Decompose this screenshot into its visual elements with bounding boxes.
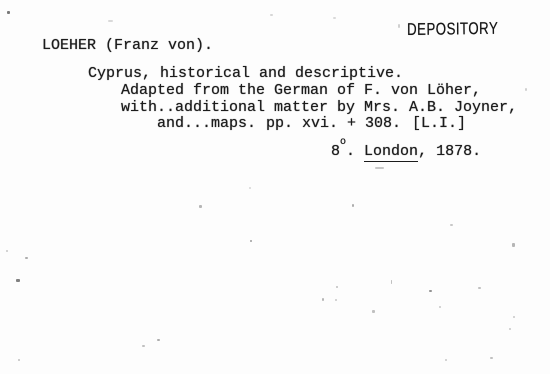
imprint-line: 8o. London, 1878. xyxy=(331,143,481,159)
scan-speck xyxy=(478,287,481,289)
imprint-separator: . xyxy=(346,143,364,160)
scan-speck xyxy=(335,299,337,301)
imprint-place: London xyxy=(364,143,418,162)
scan-speck xyxy=(450,224,453,226)
scan-speck xyxy=(525,88,527,91)
collation-maps: and...maps. xyxy=(157,116,256,131)
scan-speck xyxy=(270,14,273,16)
scan-speck xyxy=(512,243,515,247)
scan-speck xyxy=(445,359,447,361)
scan-speck xyxy=(108,20,113,22)
scan-speck xyxy=(18,359,20,361)
scan-speck xyxy=(429,290,432,292)
pagination: pp. xvi. + 308. xyxy=(266,116,401,131)
scan-speck xyxy=(6,250,8,252)
scan-speck xyxy=(333,17,336,19)
scan-speck xyxy=(250,240,252,242)
scan-speck xyxy=(352,204,354,207)
scan-speck xyxy=(7,11,10,14)
imprint-date: , 1878. xyxy=(418,143,481,160)
scan-speck xyxy=(249,187,251,189)
imprint-format: 8 xyxy=(331,143,340,160)
note-line-additional-matter: with..additional matter by Mrs. A.B. Joy… xyxy=(121,100,517,115)
note-line-adapted: Adapted from the German of F. von Löher, xyxy=(121,83,481,98)
scan-speck xyxy=(157,339,160,341)
collation-line: and...maps. pp. xvi. + 308. [L.I.] xyxy=(121,116,481,132)
scan-speck xyxy=(25,257,28,259)
scan-speck xyxy=(509,328,511,330)
scan-speck xyxy=(199,205,202,208)
scan-speck xyxy=(398,24,400,28)
imprint-format-degree: o xyxy=(340,137,346,148)
pressmark: [L.I.] xyxy=(412,116,466,131)
scan-speck xyxy=(439,306,441,308)
catalog-card: DEPOSITORY LOEHER (Franz von). Cyprus, h… xyxy=(0,0,550,374)
author-heading: LOEHER (Franz von). xyxy=(42,38,213,53)
scan-speck xyxy=(513,316,515,318)
scan-speck xyxy=(490,357,493,359)
scan-speck xyxy=(322,298,324,301)
scan-speck xyxy=(16,279,20,282)
scan-speck xyxy=(336,286,338,288)
scan-speck xyxy=(375,167,384,169)
scan-speck xyxy=(391,280,392,284)
depository-stamp: DEPOSITORY xyxy=(407,20,498,38)
title-line: Cyprus, historical and descriptive. xyxy=(88,66,403,81)
scan-speck xyxy=(372,310,375,313)
scan-speck xyxy=(142,345,145,347)
